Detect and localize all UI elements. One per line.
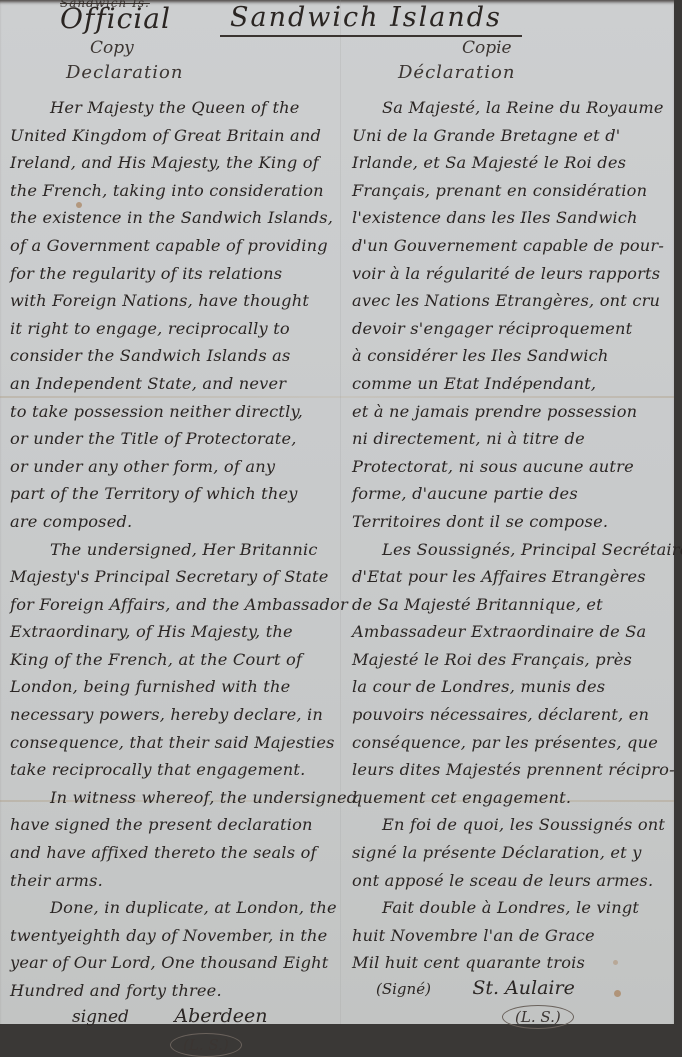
paragraph-4: Fait double à Londres, le vingt huit Nov… <box>352 894 670 977</box>
seal-wrapper: (L. S.) <box>352 1005 670 1024</box>
text-line: the French, taking into consideration <box>10 177 340 205</box>
text-line: quement cet engagement. <box>352 784 670 812</box>
text-line: have signed the present declaration <box>10 811 340 839</box>
text-line: à considérer les Iles Sandwich <box>352 342 670 370</box>
signed-label: (Signé) <box>352 980 431 998</box>
text-line: Irlande, et Sa Majesté le Roi des <box>352 149 670 177</box>
declaration-heading: Déclaration <box>352 62 670 94</box>
header-official: Sandwich Is. Official <box>60 2 171 35</box>
text-line: the existence in the Sandwich Islands, <box>10 204 340 232</box>
text-line: Fait double à Londres, le vingt <box>352 894 670 922</box>
text-line: Ambassadeur Extraordinaire de Sa <box>352 618 670 646</box>
text-line: consider the Sandwich Islands as <box>10 342 340 370</box>
text-line: twentyeighth day of November, in the <box>10 922 340 950</box>
paragraph-3: En foi de quoi, les Soussignés ont signé… <box>352 811 670 894</box>
text-line: part of the Territory of which they <box>10 480 340 508</box>
text-line: l'existence dans les Iles Sandwich <box>352 204 670 232</box>
text-line: Her Majesty the Queen of the <box>10 94 340 122</box>
manuscript-page: Sandwich Is. Official Sandwich Islands C… <box>0 0 674 1024</box>
text-line: an Independent State, and never <box>10 370 340 398</box>
text-line: to take possession neither directly, <box>10 398 340 426</box>
text-line: En foi de quoi, les Soussignés ont <box>352 811 670 839</box>
declaration-heading: Declaration <box>10 62 340 94</box>
paragraph-1: Her Majesty the Queen of the United King… <box>10 94 340 536</box>
text-line: huit Novembre l'an de Grace <box>352 922 670 950</box>
text-line: pouvoirs nécessaires, déclarent, en <box>352 701 670 729</box>
text-line: Done, in duplicate, at London, the <box>10 894 340 922</box>
text-line: with Foreign Nations, have thought <box>10 287 340 315</box>
text-line: their arms. <box>10 867 340 895</box>
text-line: Uni de la Grande Bretagne et d' <box>352 122 670 150</box>
text-line: King of the French, at the Court of <box>10 646 340 674</box>
french-column: Copie Déclaration Sa Majesté, la Reine d… <box>352 38 670 1024</box>
text-line: ni directement, ni à titre de <box>352 425 670 453</box>
text-line: London, being furnished with the <box>10 673 340 701</box>
text-line: d'Etat pour les Affaires Etrangères <box>352 563 670 591</box>
text-line: necessary powers, hereby declare, in <box>10 701 340 729</box>
signed-label: signed <box>10 1007 129 1024</box>
text-line: consequence, that their said Majesties <box>10 729 340 757</box>
text-line: for the regularity of its relations <box>10 260 340 288</box>
text-line: devoir s'engager réciproquement <box>352 315 670 343</box>
signature-block: (Signé) St. Aulaire <box>352 977 670 1005</box>
signatory-name: St. Aulaire <box>436 977 575 999</box>
text-line: leurs dites Majestés prennent récipro- <box>352 756 670 784</box>
text-line: The undersigned, Her Britannic <box>10 536 340 564</box>
seal-mark: (L. S.) <box>502 1005 574 1024</box>
paragraph-3: In witness whereof, the undersigned have… <box>10 784 340 894</box>
text-line: de Sa Majesté Britannique, et <box>352 591 670 619</box>
text-line: Territoires dont il se compose. <box>352 508 670 536</box>
text-line: Les Soussignés, Principal Secrétaire <box>352 536 670 564</box>
text-line: United Kingdom of Great Britain and <box>10 122 340 150</box>
text-line: Majesté le Roi des Français, près <box>352 646 670 674</box>
text-line: conséquence, par les présentes, que <box>352 729 670 757</box>
text-line: la cour de Londres, munis des <box>352 673 670 701</box>
text-line: it right to engage, reciprocally to <box>10 315 340 343</box>
text-line: take reciprocally that engagement. <box>10 756 340 784</box>
text-line: Ireland, and His Majesty, the King of <box>10 149 340 177</box>
text-line: or under the Title of Protectorate, <box>10 425 340 453</box>
struck-note: Sandwich Is. <box>60 0 150 10</box>
paragraph-2: Les Soussignés, Principal Secrétaire d'E… <box>352 536 670 812</box>
text-line: Protectorat, ni sous aucune autre <box>352 453 670 481</box>
text-line: signé la présente Déclaration, et y <box>352 839 670 867</box>
text-line: Français, prenant en considération <box>352 177 670 205</box>
text-line: Extraordinary, of His Majesty, the <box>10 618 340 646</box>
signatory-name: Aberdeen <box>134 1005 267 1024</box>
paragraph-1: Sa Majesté, la Reine du Royaume Uni de l… <box>352 94 670 536</box>
text-line: are composed. <box>10 508 340 536</box>
paragraph-2: The undersigned, Her Britannic Majesty's… <box>10 536 340 784</box>
text-line: or under any other form, of any <box>10 453 340 481</box>
text-line: forme, d'aucune partie des <box>352 480 670 508</box>
text-line: Sa Majesté, la Reine du Royaume <box>352 94 670 122</box>
text-line: Mil huit cent quarante trois <box>352 949 670 977</box>
text-line: Majesty's Principal Secretary of State <box>10 563 340 591</box>
copy-label: Copy <box>10 38 340 62</box>
paragraph-4: Done, in duplicate, at London, the twent… <box>10 894 340 1004</box>
text-line: d'un Gouvernement capable de pour- <box>352 232 670 260</box>
copy-label: Copie <box>352 38 670 62</box>
text-line: et à ne jamais prendre possession <box>352 398 670 426</box>
text-line: of a Government capable of providing <box>10 232 340 260</box>
text-line: and have affixed thereto the seals of <box>10 839 340 867</box>
english-column: Copy Declaration Her Majesty the Queen o… <box>10 38 340 1024</box>
text-line: In witness whereof, the undersigned <box>10 784 340 812</box>
header-title: Sandwich Islands <box>220 2 522 37</box>
paper-fold-line-vertical <box>340 0 341 1024</box>
text-line: Hundred and forty three. <box>10 977 340 1005</box>
signature-block: signed Aberdeen <box>10 1005 340 1024</box>
text-line: for Foreign Affairs, and the Ambassador <box>10 591 340 619</box>
text-line: ont apposé le sceau de leurs armes. <box>352 867 670 895</box>
text-line: voir à la régularité de leurs rapports <box>352 260 670 288</box>
text-line: comme un Etat Indépendant, <box>352 370 670 398</box>
text-line: avec les Nations Etrangères, ont cru <box>352 287 670 315</box>
text-line: year of Our Lord, One thousand Eight <box>10 949 340 977</box>
